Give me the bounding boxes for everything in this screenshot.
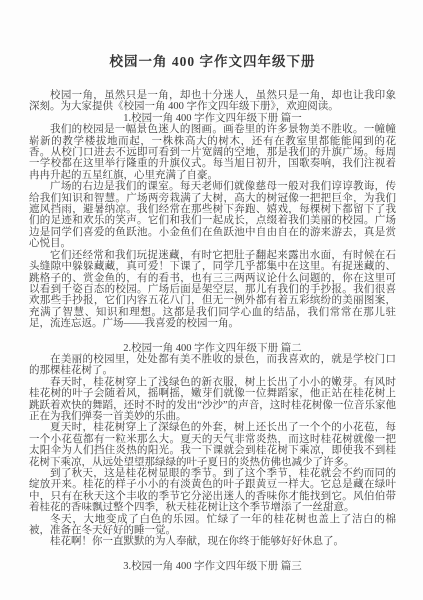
paragraph: 在美丽的校园里，处处都有美不胜收的景色，而我喜欢的，就是学校门口的那棵桂花树了。 <box>29 354 396 377</box>
paragraph: 夏天时，桂花树穿上了深绿色的外套，树上还长出了一个个的小花苞，每一个小花苞都有一… <box>29 422 396 468</box>
section-heading: 2.校园一角 400 字作文四年级下册 篇二 <box>29 343 396 354</box>
paragraph: 桂花啊！你一直默默的为人奉献，现在你终于能够好好休息了。 <box>29 536 396 547</box>
paragraph: 它们还经常和我们玩捉迷藏，有时它把肚子翻起来露出水面，有时候在石头缝隙中躲躲藏藏… <box>29 250 396 330</box>
paragraph: 我们的校园是一幅景色迷人的图画。画卷里的许多景物美不胜收。一幢幢崭新的教学楼拔地… <box>29 124 396 181</box>
paragraph: 到了秋天，这是桂花树显眼的季节。到了这个季节，桂花就会不约而同的绽放开来。桂花的… <box>29 468 396 514</box>
paragraph: 广场的右边是我们的课室。每天老师们就像慈母一般对我们谆谆教诲，传给我们知识和智慧… <box>29 181 396 249</box>
section-heading: 1.校园一角 400 字作文四年级下册 篇一 <box>29 113 396 124</box>
paragraph: 校园一角，虽然只是一角，却也十分迷人，虽然只是一角，却也让我印象深刻。为大家提供… <box>29 90 396 113</box>
document-title: 校园一角 400 字作文四年级下册 <box>29 50 396 70</box>
document-page: 校园一角 400 字作文四年级下册 校园一角，虽然只是一角，却也十分迷人，虽然只… <box>0 0 423 600</box>
paragraph: 冬天，大地变成了白色的乐园。忙绿了一年的桂花树也盖上了洁白的棉被，准备在冬天好好… <box>29 514 396 537</box>
section-heading: 3.校园一角 400 字作文四年级下册 篇三 <box>29 561 396 572</box>
paragraph: 春天时，桂花树穿上了浅绿色的新衣服，树上长出了小小的嫩芽。有风时桂花树的叶子会随… <box>29 377 396 423</box>
document-body: 校园一角，虽然只是一角，却也十分迷人，虽然只是一角，却也让我印象深刻。为大家提供… <box>29 90 396 572</box>
